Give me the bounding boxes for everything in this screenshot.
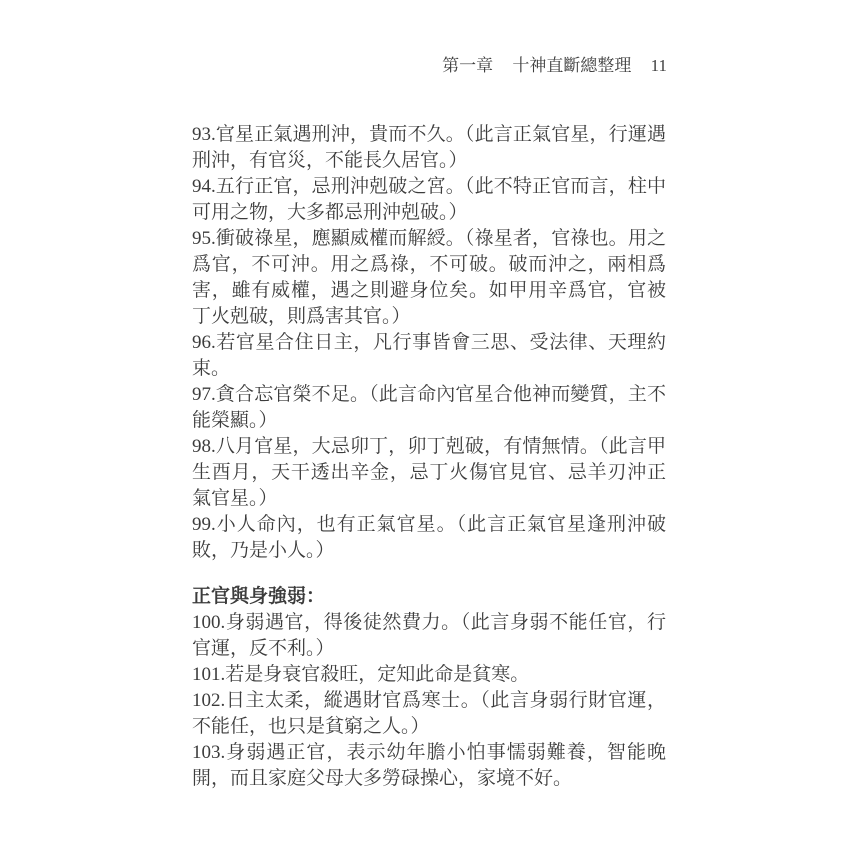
entry-103: 103.身弱遇正官，表示幼年膽小怕事懦弱難養，智能晚開，而且家庭父母大多勞碌操心… [192, 740, 666, 792]
entry-97: 97.貪合忘官榮不足。（此言命內官星合他神而變質，主不能榮顯。） [192, 382, 666, 434]
entry-99: 99.小人命內，也有正氣官星。（此言正氣官星逢刑沖破敗，乃是小人。） [192, 512, 666, 564]
section-title: 十神直斷總整理 [512, 56, 631, 75]
chapter-label: 第一章 [442, 56, 493, 75]
entry-101: 101.若是身衰官殺旺，定知此命是貧寒。 [192, 662, 666, 688]
book-page: 第一章 十神直斷總整理 11 93.官星正氣遇刑沖，貴而不久。（此言正氣官星，行… [0, 0, 850, 850]
entry-95: 95.衝破祿星，應顯威權而解綬。（祿星者，官祿也。用之爲官，不可沖。用之爲祿，不… [192, 226, 666, 330]
section-heading: 正官與身強弱： [192, 584, 666, 610]
entry-93: 93.官星正氣遇刑沖，貴而不久。（此言正氣官星，行運遇刑沖，有官災，不能長久居官… [192, 122, 666, 174]
entry-94: 94.五行正官，忌刑沖剋破之宮。（此不特正官而言，柱中可用之物，大多都忌刑沖剋破… [192, 174, 666, 226]
entry-98: 98.八月官星，大忌卯丁，卯丁剋破，有情無情。（此言甲生酉月，天干透出辛金，忌丁… [192, 434, 666, 512]
entry-96: 96.若官星合住日主，凡行事皆會三思、受法律、天理約束。 [192, 330, 666, 382]
entry-100: 100.身弱遇官，得後徒然費力。（此言身弱不能任官，行官運，反不利。） [192, 610, 666, 662]
entry-102: 102.日主太柔，縱遇財官爲寒士。（此言身弱行財官運，不能任，也只是貧窮之人。） [192, 688, 666, 740]
page-content: 93.官星正氣遇刑沖，貴而不久。（此言正氣官星，行運遇刑沖，有官災，不能長久居官… [192, 122, 666, 792]
page-number: 11 [651, 56, 667, 75]
running-header: 第一章 十神直斷總整理 11 [0, 55, 667, 77]
